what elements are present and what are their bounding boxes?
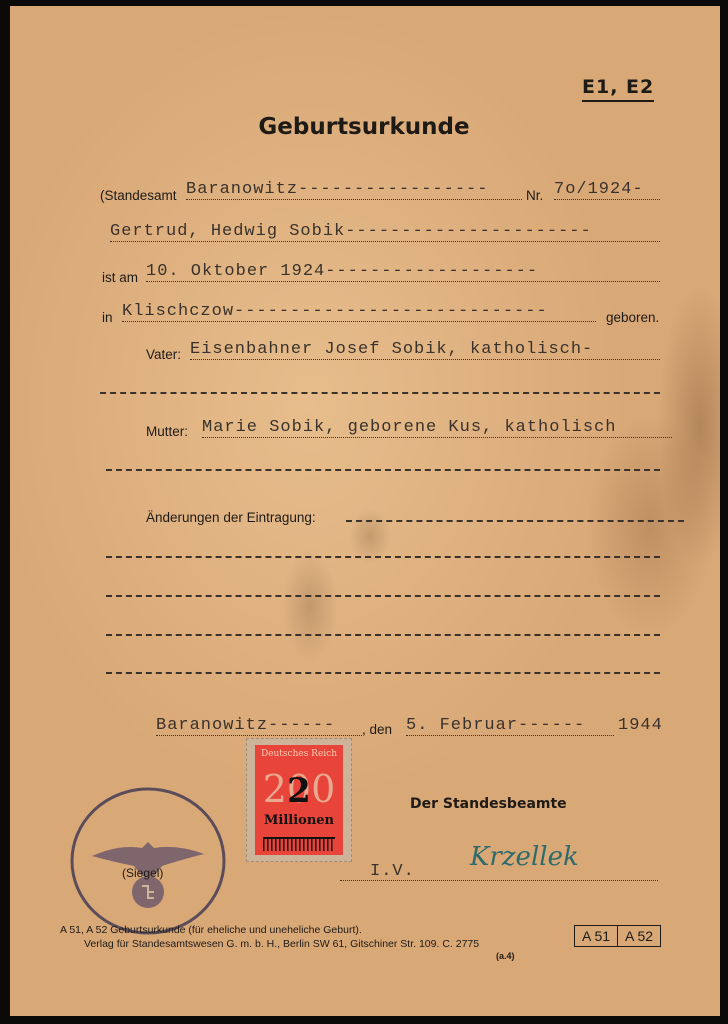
blank-line	[100, 392, 660, 394]
nr-label: Nr.	[526, 188, 543, 203]
signature: Krzellek	[470, 842, 579, 872]
mutter-value: Marie Sobik, geborene Kus, katholisch	[202, 418, 672, 438]
footer-line-3: (a.4)	[496, 951, 515, 961]
standesamt-value: Baranowitz-----------------	[186, 180, 522, 200]
aenderungen-label: Änderungen der Eintragung:	[146, 510, 316, 525]
nr-value: 7o/1924-	[554, 180, 660, 200]
blank-line	[346, 520, 684, 522]
issue-date: 5. Februar------	[406, 716, 614, 736]
blank-line	[106, 634, 660, 636]
in-label: in	[102, 310, 113, 325]
official-prefix: I.V.	[370, 862, 415, 881]
eagle-seal-icon	[70, 786, 230, 936]
vater-label: Vater:	[146, 347, 181, 362]
blank-line	[106, 672, 660, 674]
standesamt-label: (Standesamt	[100, 188, 177, 203]
form-box-a51: A 51	[575, 926, 617, 946]
issue-place: Baranowitz------	[156, 716, 362, 736]
den-label: , den	[362, 722, 392, 737]
child-name: Gertrud, Hedwig Sobik-------------------…	[110, 222, 660, 242]
form-code: E1, E2	[582, 76, 654, 102]
footer-line-1: A 51, A 52 Geburtsurkunde (für eheliche …	[60, 924, 362, 936]
seal-label: (Siegel)	[122, 866, 163, 880]
form-box-a52: A 52	[617, 926, 660, 946]
stamp-overprint-unit: Millionen	[255, 813, 343, 828]
stamp-issuer: Deutsches Reich	[255, 749, 343, 759]
ist-am-label: ist am	[102, 270, 138, 285]
blank-line	[106, 595, 660, 597]
stamp-cancel-bars	[263, 837, 335, 851]
birth-date: 10. Oktober 1924-------------------	[146, 262, 660, 282]
mutter-label: Mutter:	[146, 424, 188, 439]
official-seal: (Siegel)	[70, 786, 230, 936]
issue-year: 1944	[618, 716, 663, 735]
postage-stamp: Deutsches Reich 200 2 Millionen	[246, 738, 352, 862]
footer-line-2: Verlag für Standesamtswesen G. m. b. H.,…	[84, 938, 479, 950]
signature-line	[340, 880, 658, 881]
form-number-boxes: A 51 A 52	[574, 925, 661, 947]
document-title: Geburtsurkunde	[0, 114, 728, 140]
birth-place: Klischczow----------------------------	[122, 302, 596, 322]
geboren-label: geboren.	[606, 310, 659, 325]
vater-value: Eisenbahner Josef Sobik, katholisch-	[190, 340, 660, 360]
official-title: Der Standesbeamte	[410, 796, 567, 812]
blank-line	[106, 469, 660, 471]
stamp-overprint: 2	[255, 771, 343, 811]
blank-line	[106, 556, 660, 558]
